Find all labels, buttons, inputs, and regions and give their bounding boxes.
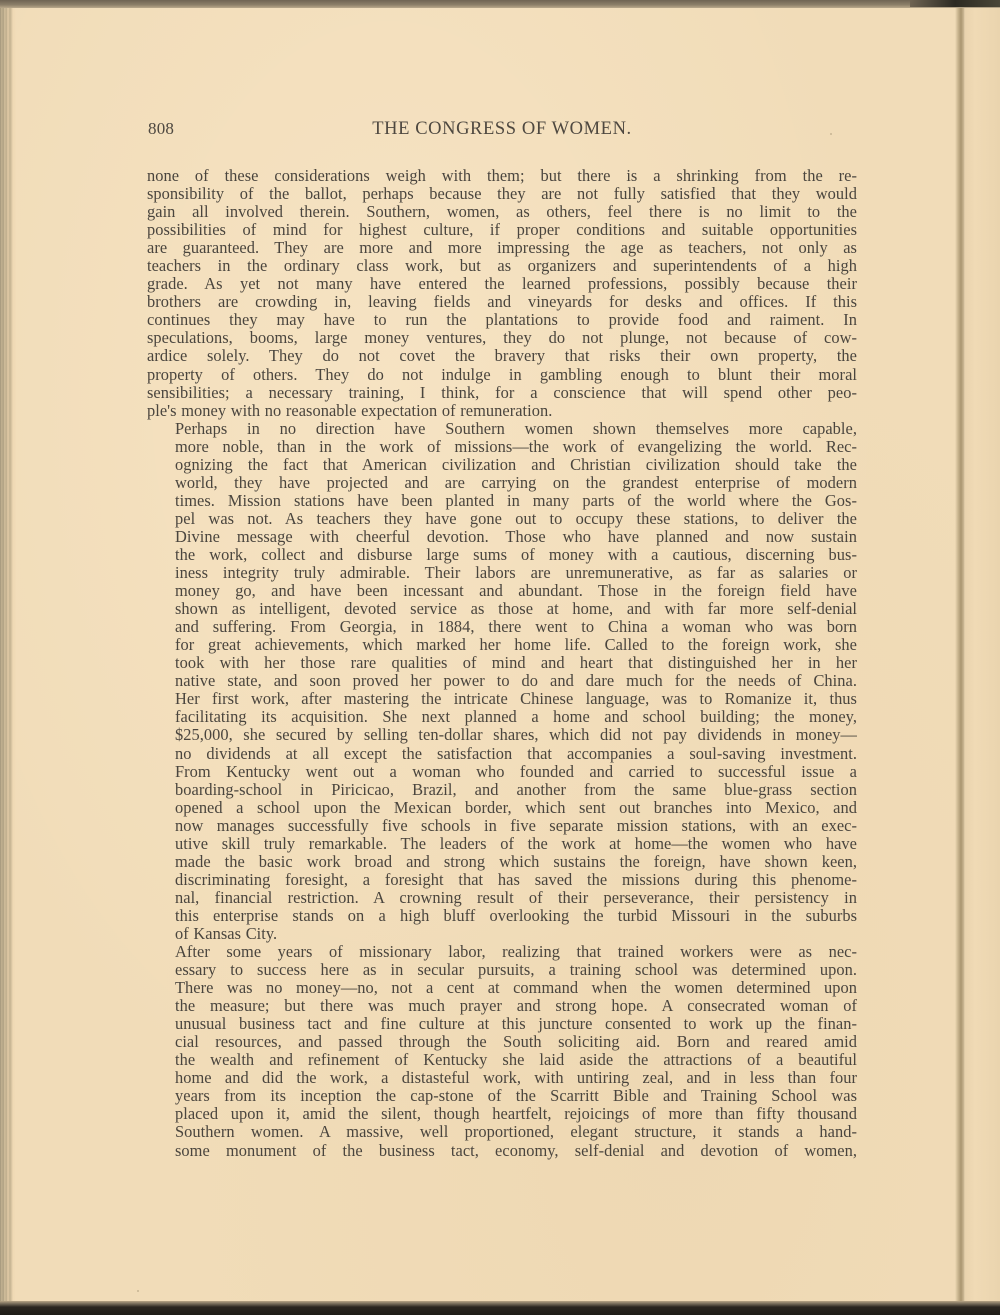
text-line: boarding-school in Piricicao, Brazil, an…	[147, 781, 857, 799]
text-line: There was no money—no, not a cent at com…	[147, 979, 857, 997]
text-line: sensibilities; a necessary training, I t…	[147, 384, 857, 402]
paragraph-3: After some years of missionary labor, re…	[147, 943, 857, 1160]
text-line: property of others. They do not indulge …	[147, 366, 857, 384]
text-line: none of these considerations weigh with …	[147, 167, 857, 185]
adjacent-page-edge	[965, 8, 1000, 1301]
text-line: nal, financial restriction. A crowning r…	[147, 889, 857, 907]
text-line: discriminating foresight, a foresight th…	[147, 871, 857, 889]
paragraph-2: Perhaps in no direction have Southern wo…	[147, 420, 857, 943]
body-text: none of these considerations weigh with …	[147, 167, 857, 1160]
page-bottom-edge	[0, 1301, 1000, 1315]
text-line: speculations, booms, large money venture…	[147, 329, 857, 347]
text-line: times. Mission stations have been plante…	[147, 492, 857, 510]
text-line: shown as intelligent, devoted service as…	[147, 600, 857, 618]
page-content: 808 THE CONGRESS OF WOMEN. none of these…	[147, 119, 857, 1160]
text-line: facilitating its acquisition. She next p…	[147, 708, 857, 726]
text-line: teachers in the ordinary class work, but…	[147, 257, 857, 275]
text-line: this enterprise stands on a high bluff o…	[147, 907, 857, 925]
running-title: THE CONGRESS OF WOMEN.	[147, 119, 857, 140]
text-line: years from its inception the cap-stone o…	[147, 1087, 857, 1105]
text-line: the wealth and refinement of Kentucky sh…	[147, 1051, 857, 1069]
running-head: 808 THE CONGRESS OF WOMEN.	[147, 119, 857, 145]
text-line: and suffering. From Georgia, in 1884, th…	[147, 618, 857, 636]
text-line: made the basic work broad and strong whi…	[147, 853, 857, 871]
text-line: money go, and have been incessant and ab…	[147, 582, 857, 600]
text-line: placed upon it, amid the silent, though …	[147, 1105, 857, 1123]
text-line: essary to success here as in secular pur…	[147, 961, 857, 979]
text-line: grade. As yet not many have entered the …	[147, 275, 857, 293]
text-line: pel was not. As teachers they have gone …	[147, 510, 857, 528]
text-line: ardice solely. They do not covet the bra…	[147, 347, 857, 365]
text-line: world, they have projected and are carry…	[147, 474, 857, 492]
text-line: Perhaps in no direction have Southern wo…	[147, 420, 857, 438]
text-line: gain all involved therein. Southern, wom…	[147, 203, 857, 221]
page-top-edge	[0, 0, 1000, 8]
text-line: for great achievements, which marked her…	[147, 636, 857, 654]
text-line: ognizing the fact that American civiliza…	[147, 456, 857, 474]
paragraph-1: none of these considerations weigh with …	[147, 167, 857, 420]
text-line: brothers are crowding in, leaving fields…	[147, 293, 857, 311]
text-line: ple's money with no reasonable expectati…	[147, 402, 857, 420]
text-line: possibilities of mind for highest cultur…	[147, 221, 857, 239]
text-line: After some years of missionary labor, re…	[147, 943, 857, 961]
page-top-corner-shadow	[910, 0, 1000, 7]
text-line: From Kentucky went out a woman who found…	[147, 763, 857, 781]
text-line: more noble, than in the work of missions…	[147, 438, 857, 456]
text-line: home and did the work, a distasteful wor…	[147, 1069, 857, 1087]
text-line: no dividends at all except the satisfact…	[147, 745, 857, 763]
text-line: Divine message with cheerful devotion. T…	[147, 528, 857, 546]
binding-gutter-shadow	[955, 8, 965, 1301]
paper-speck	[137, 1290, 139, 1292]
text-line: cial resources, and passed through the S…	[147, 1033, 857, 1051]
text-line: Southern women. A massive, well proporti…	[147, 1123, 857, 1141]
text-line: opened a school upon the Mexican border,…	[147, 799, 857, 817]
text-line: sponsibility of the ballot, perhaps beca…	[147, 185, 857, 203]
text-line: unusual business tact and fine culture a…	[147, 1015, 857, 1033]
text-line: native state, and soon proved her power …	[147, 672, 857, 690]
text-line: iness integrity truly admirable. Their l…	[147, 564, 857, 582]
text-line: took with her those rare qualities of mi…	[147, 654, 857, 672]
text-line: the work, collect and disburse large sum…	[147, 546, 857, 564]
text-line: $25,000, she secured by selling ten-doll…	[147, 726, 857, 744]
text-line: of Kansas City.	[147, 925, 857, 943]
text-line: the measure; but there was much prayer a…	[147, 997, 857, 1015]
text-line: are guaranteed. They are more and more i…	[147, 239, 857, 257]
text-line: some monument of the business tact, econ…	[147, 1142, 857, 1160]
text-line: continues they may have to run the plant…	[147, 311, 857, 329]
text-line: Her first work, after mastering the intr…	[147, 690, 857, 708]
text-line: utive skill truly remarkable. The leader…	[147, 835, 857, 853]
page-stack-left-edge	[0, 8, 16, 1305]
text-line: now manages successfully five schools in…	[147, 817, 857, 835]
